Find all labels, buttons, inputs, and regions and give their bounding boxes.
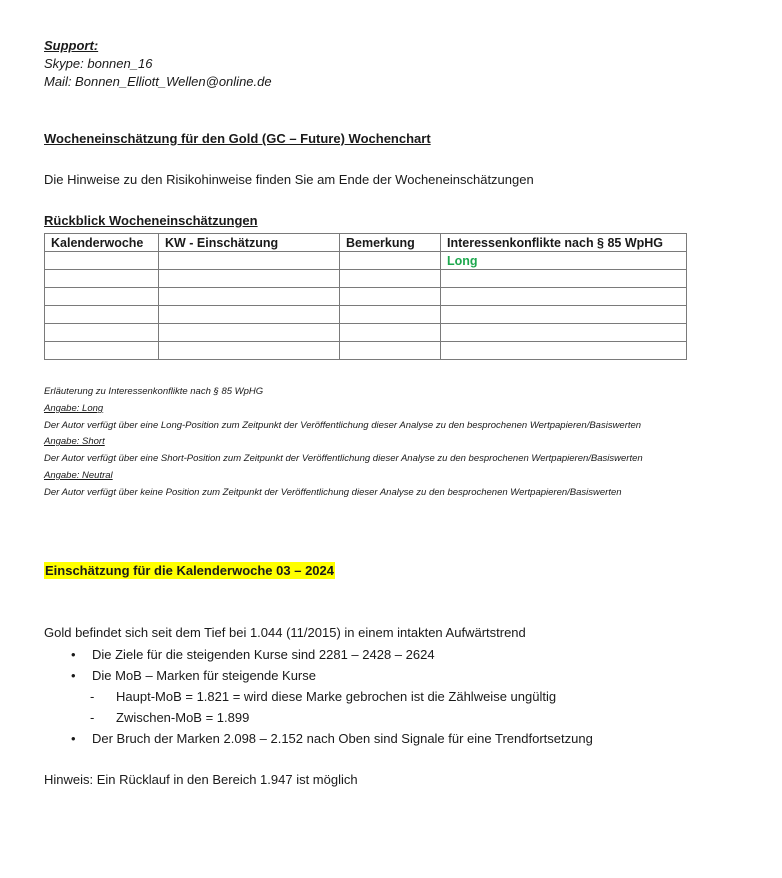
conflict-status-cell: Long — [441, 252, 687, 270]
table-cell — [45, 270, 159, 288]
page-title: Wocheneinschätzung für den Gold (GC – Fu… — [44, 131, 431, 146]
list-item: • Der Bruch der Marken 2.098 – 2.152 nac… — [44, 728, 593, 749]
table-cell — [340, 306, 441, 324]
table-cell — [340, 270, 441, 288]
table-cell — [45, 342, 159, 360]
table-cell — [340, 324, 441, 342]
table-row: Long — [45, 252, 687, 270]
explanation-title: Erläuterung zu Interessenkonflikte nach … — [44, 386, 263, 397]
support-skype: Skype: bonnen_16 — [44, 56, 152, 71]
table-cell — [159, 252, 340, 270]
explanation-label-long: Angabe: Long — [44, 403, 103, 414]
support-mail: Mail: Bonnen_Elliott_Wellen@online.de — [44, 74, 272, 89]
list-item: • Die Ziele für die steigenden Kurse sin… — [44, 644, 593, 665]
column-header: Kalenderwoche — [45, 234, 159, 252]
explanation-text-long: Der Autor verfügt über eine Long-Positio… — [44, 420, 641, 431]
table-cell — [340, 342, 441, 360]
column-header: Interessenkonflikte nach § 85 WpHG — [441, 234, 687, 252]
sub-list-item: - Zwischen-MoB = 1.899 — [44, 707, 593, 728]
column-header: Bemerkung — [340, 234, 441, 252]
table-cell — [159, 342, 340, 360]
assessment-intro: Gold befindet sich seit dem Tief bei 1.0… — [44, 625, 526, 640]
list-item-text: Zwischen-MoB = 1.899 — [116, 710, 249, 725]
column-header: KW - Einschätzung — [159, 234, 340, 252]
dash-icon: - — [90, 686, 94, 707]
review-heading: Rückblick Wocheneinschätzungen — [44, 213, 258, 228]
explanation-text-short: Der Autor verfügt über eine Short-Positi… — [44, 453, 643, 464]
sub-list-item: - Haupt-MoB = 1.821 = wird diese Marke g… — [44, 686, 593, 707]
table-cell — [45, 306, 159, 324]
highlighted-heading: Einschätzung für die Kalenderwoche 03 – … — [44, 562, 335, 579]
table-cell — [45, 324, 159, 342]
table-row — [45, 270, 687, 288]
table-cell — [441, 288, 687, 306]
table-cell — [159, 324, 340, 342]
bullet-icon: • — [71, 644, 76, 665]
table-cell — [159, 306, 340, 324]
explanation-label-short: Angabe: Short — [44, 436, 105, 447]
review-table: Kalenderwoche KW - Einschätzung Bemerkun… — [44, 233, 687, 360]
table-cell — [441, 270, 687, 288]
hint-text: Hinweis: Ein Rücklauf in den Bereich 1.9… — [44, 772, 358, 787]
table-row — [45, 288, 687, 306]
list-item-text: Der Bruch der Marken 2.098 – 2.152 nach … — [92, 731, 593, 746]
table-cell — [45, 288, 159, 306]
table-row — [45, 324, 687, 342]
table-cell — [45, 252, 159, 270]
assessment-list: • Die Ziele für die steigenden Kurse sin… — [44, 644, 593, 749]
table-row — [45, 342, 687, 360]
risk-note: Die Hinweise zu den Risikohinweise finde… — [44, 172, 534, 187]
assessment-heading: Einschätzung für die Kalenderwoche 03 – … — [44, 563, 335, 578]
bullet-icon: • — [71, 728, 76, 749]
table-cell — [340, 252, 441, 270]
table-header-row: Kalenderwoche KW - Einschätzung Bemerkun… — [45, 234, 687, 252]
list-item-text: Haupt-MoB = 1.821 = wird diese Marke geb… — [116, 689, 556, 704]
table-cell — [159, 270, 340, 288]
table-cell — [441, 306, 687, 324]
explanation-label-neutral: Angabe: Neutral — [44, 470, 113, 481]
table-cell — [159, 288, 340, 306]
table-cell — [441, 342, 687, 360]
dash-icon: - — [90, 707, 94, 728]
list-item-text: Die MoB – Marken für steigende Kurse — [92, 668, 316, 683]
table-row — [45, 306, 687, 324]
list-item: • Die MoB – Marken für steigende Kurse — [44, 665, 593, 686]
explanation-text-neutral: Der Autor verfügt über keine Position zu… — [44, 487, 622, 498]
list-item-text: Die Ziele für die steigenden Kurse sind … — [92, 647, 435, 662]
bullet-icon: • — [71, 665, 76, 686]
table-cell — [340, 288, 441, 306]
support-heading: Support: — [44, 38, 98, 53]
table-cell — [441, 324, 687, 342]
